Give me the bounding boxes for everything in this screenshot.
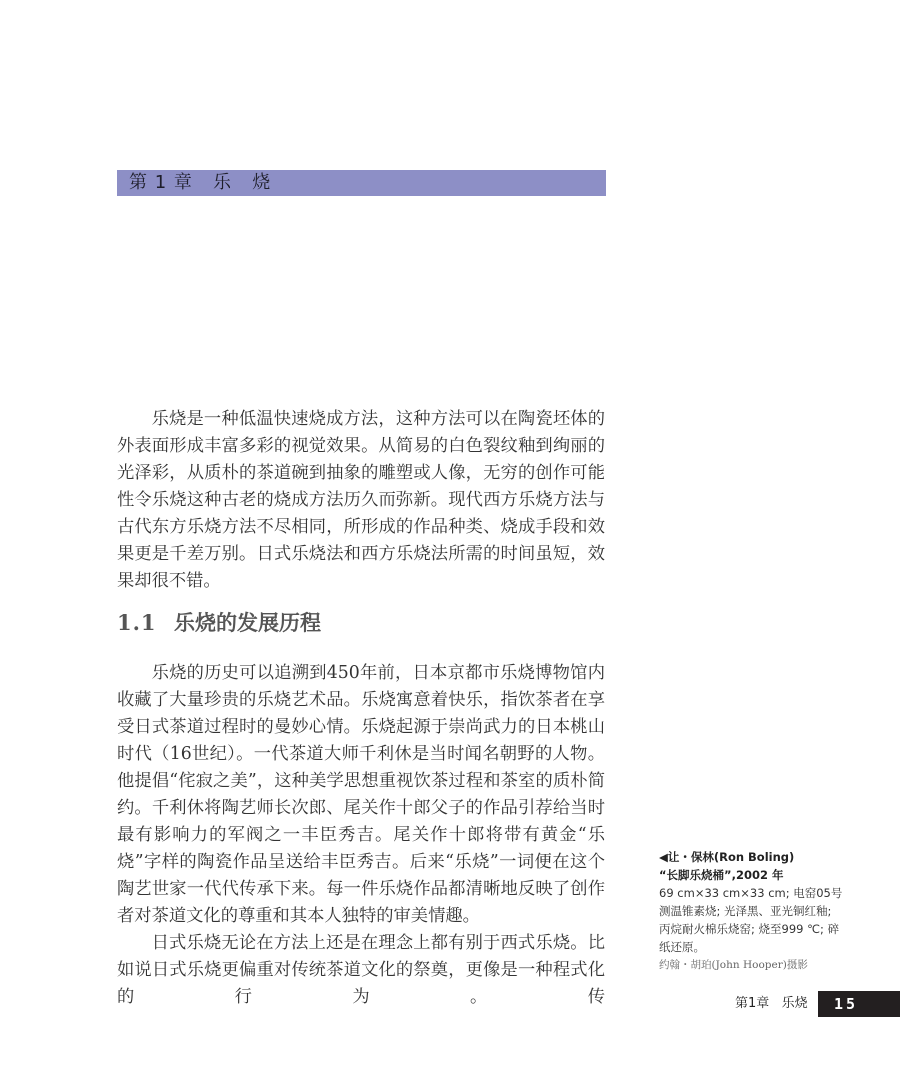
history-paragraph: 乐烧的历史可以追溯到450年前，日本京都市乐烧博物馆内收藏了大量珍贵的乐烧艺术品…	[117, 660, 605, 930]
intro-text: 乐烧是一种低温快速烧成方法，这种方法可以在陶瓷坯体的外表面形成丰富多彩的视觉效果…	[117, 406, 605, 595]
page-number: 15	[818, 991, 900, 1017]
section-body: 乐烧的历史可以追溯到450年前，日本京都市乐烧博物馆内收藏了大量珍贵的乐烧艺术品…	[117, 660, 605, 1011]
caption-line: 丙烷耐火棉乐烧窑; 烧至999 ℃; 碎	[659, 920, 869, 938]
caption-line: 纸还原。	[659, 938, 869, 956]
caption-line: 69 cm×33 cm×33 cm; 电窑05号	[659, 884, 869, 902]
chapter-title: 第 1 章 乐 烧	[117, 170, 271, 196]
comparison-paragraph: 日式乐烧无论在方法上还是在理念上都有别于西式乐烧。比如说日式乐烧更偏重对传统茶道…	[117, 930, 605, 1011]
caption-artist: ◀让・保林(Ron Boling)	[659, 848, 869, 866]
caption-line: 测温锥素烧; 光泽黑、亚光铜红釉;	[659, 902, 869, 920]
chapter-header-bar: 第 1 章 乐 烧	[117, 170, 606, 196]
footer-chapter-label: 第1章 乐烧	[735, 994, 808, 1014]
section-number: 1.1	[117, 610, 174, 635]
figure-caption: ◀让・保林(Ron Boling) “长脚乐烧桶”,2002 年 69 cm×3…	[659, 848, 869, 974]
section-heading: 1.1 乐烧的发展历程	[117, 607, 321, 637]
intro-paragraph: 乐烧是一种低温快速烧成方法，这种方法可以在陶瓷坯体的外表面形成丰富多彩的视觉效果…	[117, 406, 605, 595]
caption-title: “长脚乐烧桶”,2002 年	[659, 866, 869, 884]
photo-credit: 约翰・胡珀(John Hooper)摄影	[659, 956, 869, 974]
section-title: 乐烧的发展历程	[174, 607, 321, 637]
